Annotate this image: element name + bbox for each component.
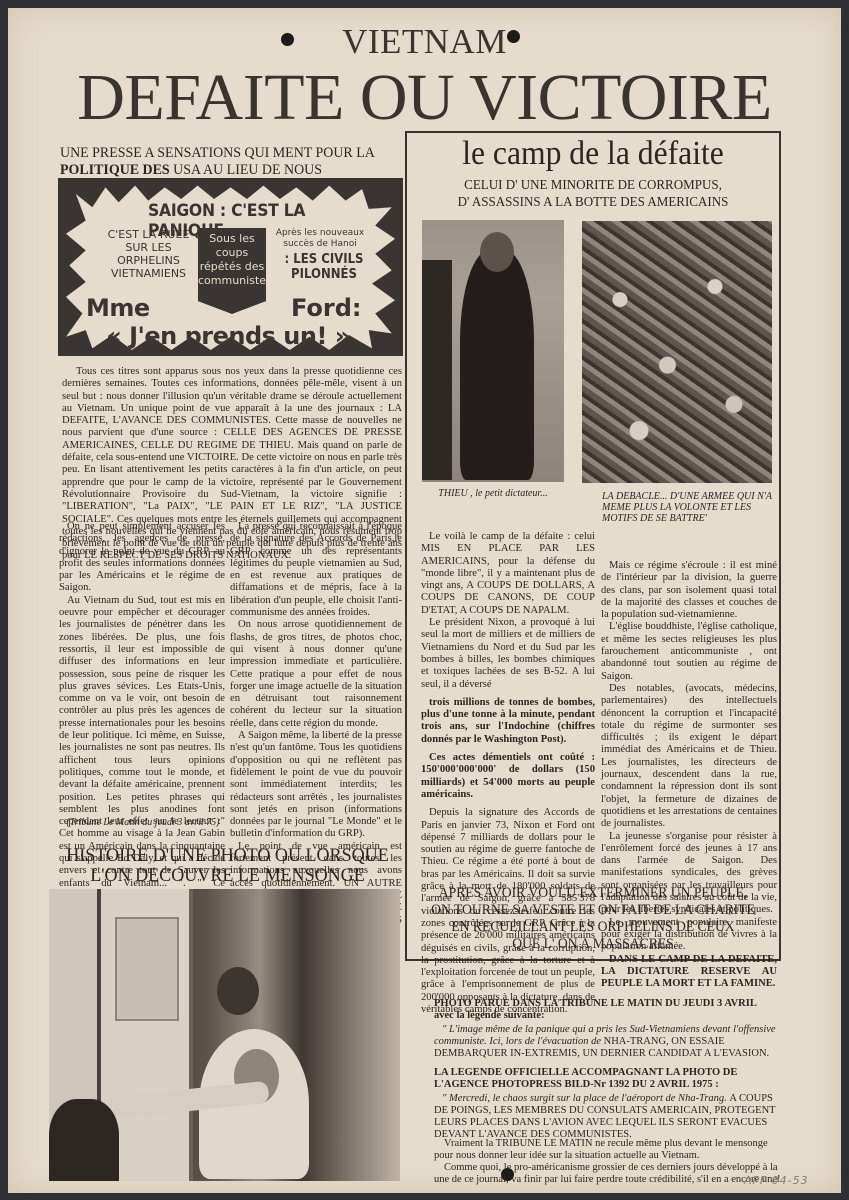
photo-story-heading: HISTOIRE D'UNE PHOTO OU LORSQUE L'ON DEC… [54,846,401,886]
figure [49,1099,119,1181]
paragraph: On nous arrose quotidiennement de flashs… [230,619,402,730]
figure [460,250,534,480]
paragraph: Des notables, (avocats, médecins, parlem… [601,683,777,831]
quoted-caption: " Mercredi, le chaos surgit sur la place… [434,1093,789,1141]
figure [217,967,259,1015]
quoted-caption: " L'image même de la panique qui a pris … [434,1024,789,1060]
paragraph: Ces actes démentiels ont coûté : 150'000… [421,752,595,801]
clipping-right-bold: : LES CIVILS PILONNÉS [275,252,374,282]
paragraph: A Saigon même, la liberté de la presse n… [230,730,402,841]
section-subtitle: CELUI D' UNE MINORITE DE CORROMPUS, D' A… [418,177,768,211]
door-window [115,917,179,1021]
section-title: le camp de la défaite [418,134,768,174]
evacuation-photo [49,889,400,1181]
left-column-1: On ne peut simplement accuser les rédact… [59,521,225,951]
subtitle-line: CELUI D' UNE MINORITE DE CORROMPUS, [418,177,768,194]
closing-line: APRES AVOIR VOULU EXTERMINER UN PEUPLE, [416,885,769,902]
source-credit: (Tribune Le Matin du jeudi 3 avril 75) [60,817,226,828]
clipping-quote: « J'en prends un! » [78,322,378,350]
subhead-line: UNE PRESSE A SENSATIONS QUI MENT POUR LA [60,145,381,162]
debacle-photo [582,221,772,483]
closing-line: EN RECUEILLANT LES ORPHELINS DE CEUX [416,919,769,936]
starburst-shape: SAIGON : C'EST LA PANIQUE C'EST LA RUÉE … [66,184,395,350]
kicker: VIETNAM [0,22,849,62]
photo-caption: LA DEBACLE... D'UNE ARMEE QUI N'A MEME P… [602,491,772,524]
paragraph: Comme quoi, le pro-américanisme grossier… [434,1162,789,1186]
block-heading: LA LEGENDE OFFICIELLE ACCOMPAGNANT LA PH… [434,1067,789,1091]
photo-caption: THIEU , le petit dictateur... [422,488,564,499]
figure [422,260,452,480]
archive-reference: AFF 04-53 [744,1174,809,1187]
page-title: DEFAITE OU VICTOIRE [40,62,809,134]
clipping-left-text: C'EST LA RUÉE SUR LES ORPHELINS VIETNAMI… [96,228,201,280]
subhead-bold: POLITIQUE DES [60,162,170,178]
paragraph: Le président Nixon, a provoqué à lui seu… [421,617,595,691]
paragraph: Mais ce régime s'écroule : il est miné d… [601,560,777,621]
headline-clipping: SAIGON : C'EST LA PANIQUE C'EST LA RUÉE … [58,178,403,356]
closing-line: ON TOURNE SA VESTE ET ON FAIT DE LA CHAR… [416,902,769,919]
paragraph: Le voilà le camp de la défaite : celui M… [421,531,595,617]
paragraph: L'église bouddhiste, l'église catholique… [601,621,777,682]
closing-statement: APRES AVOIR VOULU EXTERMINER UN PEUPLE, … [416,885,769,953]
paragraph: trois millions de tonnes de bombes, plus… [421,697,595,746]
figure [480,232,514,272]
clipping-shield: Sous les coups répétés des communistes [198,228,266,314]
closing-line: QUE L' ON A MASSACRES [416,936,769,953]
paragraph: DANS LE CAMP DE LA DEFAITE, LA DICTATURE… [601,954,777,991]
paragraph: La presse qui reconnaissait à l'époque d… [230,521,402,619]
conclusion-block: Vraiment la TRIBUNE LE MATIN ne recule m… [434,1138,789,1186]
paragraph: Vraiment la TRIBUNE LE MATIN ne recule m… [434,1138,789,1162]
heading-line: HISTOIRE D'UNE PHOTO OU LORSQUE [54,846,401,866]
subtitle-line: D' ASSASSINS A LA BOTTE DES AMERICAINS [418,194,768,211]
heading-line: L'ON DECOUVRE LE MENSONGE [54,866,401,886]
quote-italic: " Mercredi, le chaos surgit sur la place… [442,1093,729,1104]
clipping-ford: Ford: [291,294,362,322]
block-subheading: avec la légende suivante: [434,1010,789,1022]
clipping-right-small: Après les nouveaux succès de Hanoi [266,228,374,250]
paragraph: On ne peut simplement accuser les rédact… [59,521,225,595]
thieu-photo [422,220,564,482]
clipping-mme: Mme [86,294,150,322]
block-heading: PHOTO PARUE DANS LA TRIBUNE LE MATIN DU … [434,998,789,1010]
official-caption-block: LA LEGENDE OFFICIELLE ACCOMPAGNANT LA PH… [434,1067,789,1141]
original-caption-block: PHOTO PARUE DANS LA TRIBUNE LE MATIN DU … [434,998,789,1060]
